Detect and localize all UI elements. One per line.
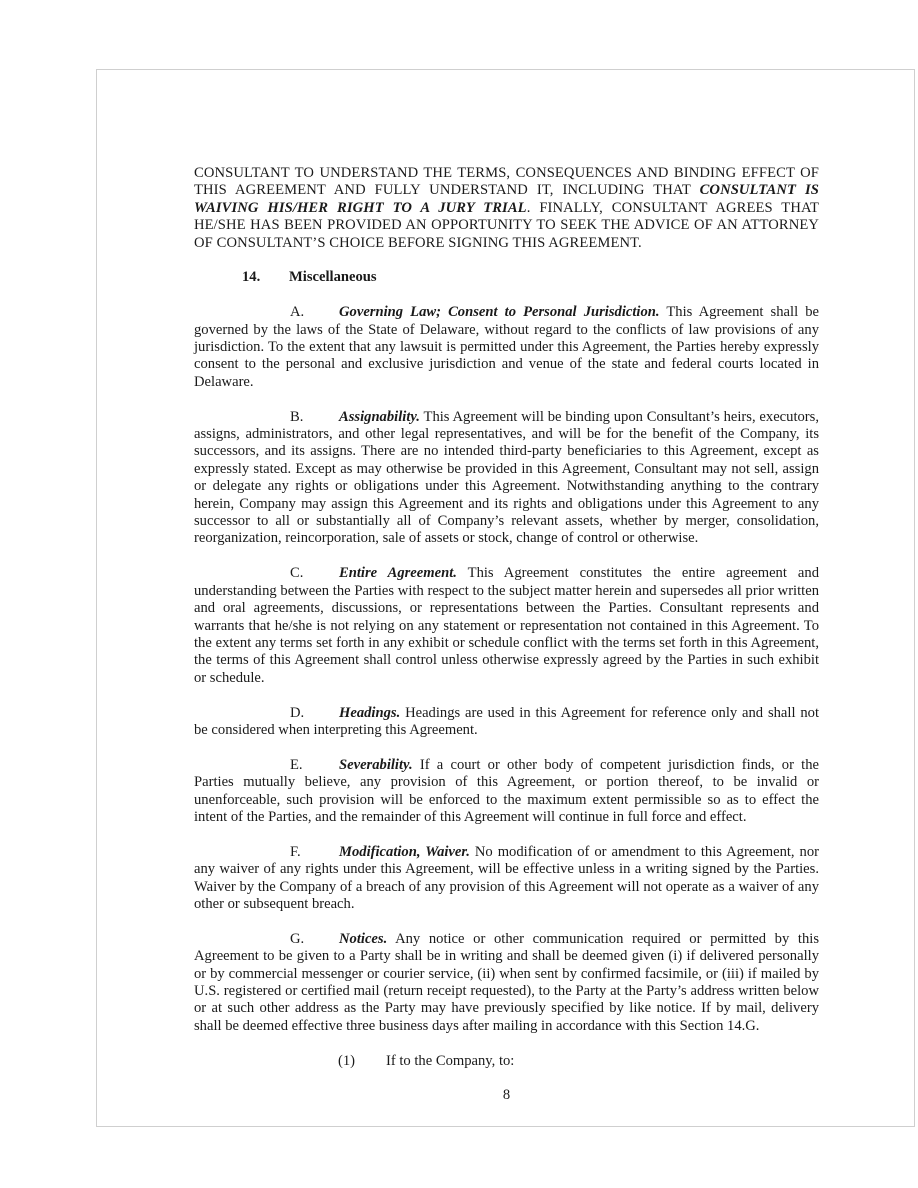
subsection-label: B. xyxy=(194,409,339,426)
subsection-title: Entire Agreement. xyxy=(339,565,457,581)
subsection-g: G.Notices. Any notice or other communica… xyxy=(194,931,819,1035)
subsection-title: Severability. xyxy=(339,757,413,773)
subsection-label: D. xyxy=(194,705,339,722)
document-content: CONSULTANT TO UNDERSTAND THE TERMS, CONS… xyxy=(194,165,819,1105)
subsection-f: F.Modification, Waiver. No modification … xyxy=(194,844,819,914)
notice-item-text: If to the Company, to: xyxy=(386,1053,514,1069)
subsection-label: G. xyxy=(194,931,339,948)
notice-item-number: (1) xyxy=(338,1053,386,1070)
subsection-label: C. xyxy=(194,565,339,582)
subsection-title: Modification, Waiver. xyxy=(339,844,470,860)
subsection-label: A. xyxy=(194,304,339,321)
subsection-e: E.Severability. If a court or other body… xyxy=(194,757,819,827)
subsection-c: C.Entire Agreement. This Agreement const… xyxy=(194,565,819,687)
subsection-title: Headings. xyxy=(339,705,400,721)
subsection-title: Notices. xyxy=(339,931,387,947)
subsection-title: Assignability. xyxy=(339,409,420,425)
intro-paragraph: CONSULTANT TO UNDERSTAND THE TERMS, CONS… xyxy=(194,165,819,252)
subsection-a: A.Governing Law; Consent to Personal Jur… xyxy=(194,304,819,391)
subsection-b: B.Assignability. This Agreement will be … xyxy=(194,409,819,548)
page-number: 8 xyxy=(194,1087,819,1104)
section-title: Miscellaneous xyxy=(289,269,377,285)
subsection-body: This Agreement constitutes the entire ag… xyxy=(194,565,819,685)
subsection-body: This Agreement will be binding upon Cons… xyxy=(194,409,819,547)
subsection-title: Governing Law; Consent to Personal Juris… xyxy=(339,304,660,320)
section-number: 14. xyxy=(194,269,289,286)
notice-item-company: (1)If to the Company, to: xyxy=(194,1053,819,1070)
section-heading: 14.Miscellaneous xyxy=(194,269,819,286)
subsection-label: F. xyxy=(194,844,339,861)
subsection-label: E. xyxy=(194,757,339,774)
subsection-d: D.Headings. Headings are used in this Ag… xyxy=(194,705,819,740)
